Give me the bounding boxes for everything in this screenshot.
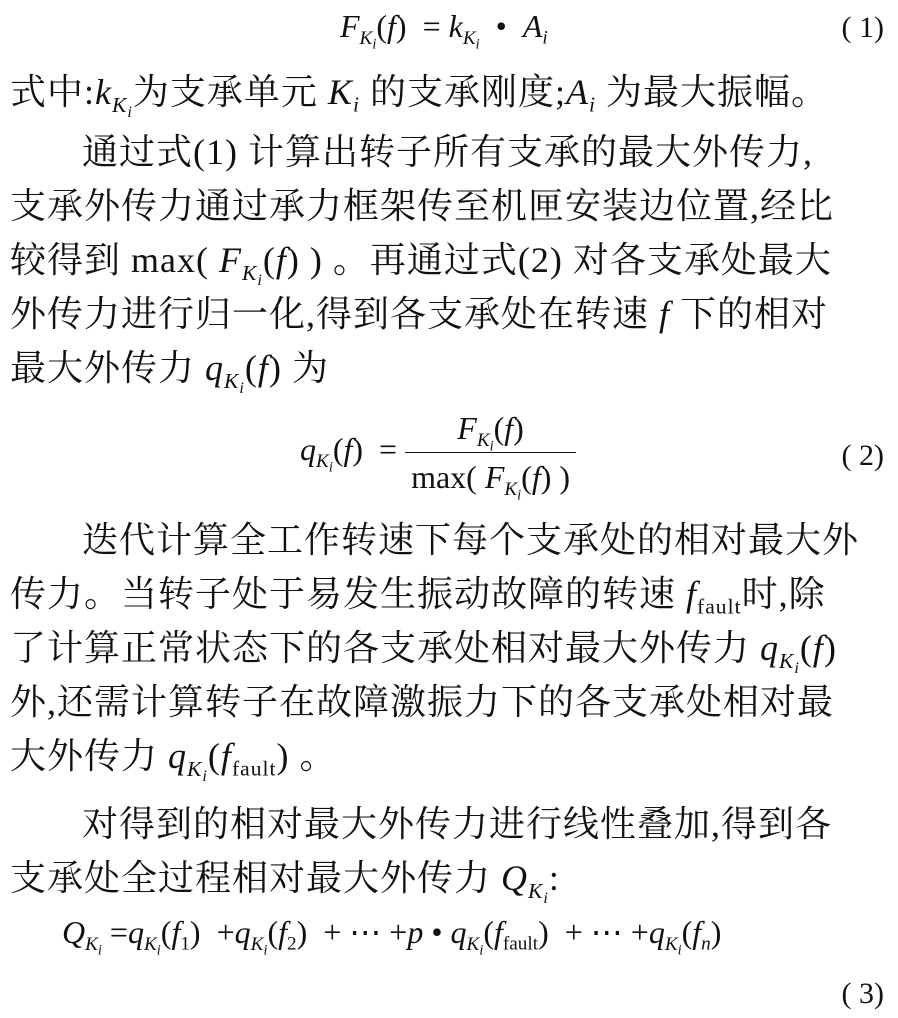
- symbol-f: f: [659, 294, 670, 334]
- plus: +: [631, 914, 649, 950]
- symbol-K: K: [112, 93, 127, 117]
- symbol-f: f: [278, 914, 287, 950]
- symbol-K: K: [251, 934, 264, 955]
- paren: ): [396, 8, 407, 44]
- paren: ): [277, 736, 290, 776]
- symbol-q: q: [205, 348, 224, 388]
- symbol-K: K: [477, 430, 490, 451]
- equation-1: FKi(f) = kKi • Ai: [340, 6, 548, 46]
- symbol-K: K: [85, 934, 98, 955]
- text-span: 的支承刚度;: [370, 72, 566, 112]
- fraction-denominator: max( FKi(f) ): [405, 453, 576, 497]
- text-line-1: 式中:kKi为支承单元 Ki 的支承刚度;Ai 为最大振幅。: [10, 70, 888, 114]
- symbol-i: i: [542, 28, 547, 49]
- text-span: :: [549, 858, 560, 898]
- text-line-3: 支承外传力通过承力框架传至机匣安装边位置,经比: [10, 184, 888, 228]
- max-operator: max: [131, 240, 196, 280]
- symbol-Q: Q: [62, 914, 85, 950]
- text-span: 大外传力: [10, 736, 158, 776]
- fraction: FKi(f) max( FKi(f) ): [405, 408, 576, 497]
- max-operator: max: [411, 459, 466, 495]
- symbol-q: q: [168, 736, 187, 776]
- text-span: 式中:: [10, 72, 95, 112]
- paren: (: [466, 459, 485, 495]
- symbol-q: q: [128, 914, 144, 950]
- symbol-K: K: [316, 451, 329, 472]
- equation-3: QKi =qKi(f1) +qKi(f2) + ⋯ +p • qKi(ffaul…: [62, 912, 721, 952]
- symbol-f: f: [221, 736, 232, 776]
- symbol-K: K: [360, 28, 373, 49]
- paren: ): [513, 410, 524, 446]
- text-line-5: 外传力进行归一化,得到各支承处在转速 f 下的相对: [10, 292, 888, 336]
- paren: ): [300, 240, 323, 280]
- equals: =: [379, 431, 397, 467]
- symbol-q: q: [760, 628, 779, 668]
- plus: +: [389, 914, 407, 950]
- text-span: 。: [300, 736, 337, 776]
- symbol-q: q: [300, 431, 316, 467]
- symbol-f: f: [504, 410, 513, 446]
- text-span: 计算出转子所有支承的最大外传力,: [248, 132, 813, 172]
- symbol-i: i: [353, 93, 360, 117]
- symbol-K: K: [528, 879, 543, 903]
- subscript-fault: fault: [232, 757, 277, 781]
- symbol-q: q: [649, 914, 665, 950]
- paren: ): [190, 914, 201, 950]
- symbol-K: K: [504, 479, 517, 500]
- paren: (: [494, 410, 505, 446]
- ellipsis: ⋯: [591, 914, 623, 950]
- paren: (: [521, 459, 532, 495]
- text-line-4: 较得到 max( FKi(f) ) 。再通过式(2) 对各支承处最大: [10, 238, 888, 282]
- paren: (: [196, 240, 219, 280]
- text-span: 了计算正常状态下的各支承处相对最大外传力: [10, 628, 750, 668]
- paren: ): [541, 459, 552, 495]
- ellipsis: ⋯: [349, 914, 381, 950]
- symbol-K: K: [665, 934, 678, 955]
- symbol-K: K: [467, 934, 480, 955]
- symbol-A: A: [523, 8, 543, 44]
- subscript-1: 1: [180, 934, 190, 955]
- text-span: 时,除: [742, 574, 826, 614]
- text-span: 对各支承处最大: [573, 240, 832, 280]
- text-line-10: 外,还需计算转子在故障激振力下的各支承处相对最: [10, 680, 888, 724]
- symbol-f: f: [686, 574, 697, 614]
- dot-operator: •: [496, 8, 507, 44]
- text-line-8: 传力。当转子处于易发生振动故障的转速 ffault时,除: [10, 572, 888, 616]
- text-span: 为支承单元: [133, 72, 318, 112]
- text-span: 为: [292, 348, 329, 388]
- equals: =: [110, 914, 128, 950]
- symbol-f: f: [258, 348, 269, 388]
- text-span: 最大外传力: [10, 348, 195, 388]
- plus: +: [323, 914, 341, 950]
- symbol-k: k: [95, 72, 112, 112]
- equation-2: qKi(f) = FKi(f) max( FKi(f) ): [300, 408, 576, 497]
- symbol-K: K: [328, 72, 353, 112]
- symbol-f: f: [692, 914, 701, 950]
- equals: =: [423, 8, 441, 44]
- text-span: 外传力进行归一化,得到各支承处在转速: [10, 294, 649, 334]
- text-line-13: 支承处全过程相对最大外传力 QKi:: [10, 856, 888, 900]
- paren: (: [800, 628, 813, 668]
- symbol-Q: Q: [501, 858, 528, 898]
- text-line-12: 对得到的相对最大外传力进行线性叠加,得到各: [82, 802, 888, 846]
- symbol-F: F: [485, 459, 505, 495]
- paren: (: [208, 736, 221, 776]
- symbol-f: f: [171, 914, 180, 950]
- paren: ): [551, 459, 570, 495]
- symbol-p: p: [407, 914, 423, 950]
- subscript-n: n: [701, 934, 711, 955]
- text-span: 传力。当转子处于易发生振动故障的转速: [10, 574, 676, 614]
- subscript-fault: fault: [503, 934, 538, 955]
- text-span: 。再通过式(2): [333, 240, 563, 280]
- paren: ): [269, 348, 282, 388]
- text-span: 下的相对: [680, 294, 828, 334]
- paren: (: [483, 914, 494, 950]
- symbol-f: f: [813, 628, 824, 668]
- subscript-fault: fault: [697, 595, 742, 619]
- symbol-i: i: [589, 93, 596, 117]
- text-span: 通过式(1): [82, 132, 238, 172]
- paren: (: [263, 240, 276, 280]
- symbol-F: F: [340, 8, 360, 44]
- text-line-7: 迭代计算全工作转速下每个支承处的相对最大外: [82, 518, 888, 562]
- paren: (: [333, 431, 344, 467]
- plus: +: [565, 914, 583, 950]
- text-span: 为最大振幅。: [606, 72, 828, 112]
- paren: (: [682, 914, 693, 950]
- symbol-f: f: [494, 914, 503, 950]
- text-line-6: 最大外传力 qKi(f) 为: [10, 346, 888, 390]
- symbol-K: K: [242, 261, 257, 285]
- symbol-K: K: [187, 757, 202, 781]
- symbol-K: K: [779, 649, 794, 673]
- text-line-11: 大外传力 qKi(ffault) 。: [10, 734, 888, 778]
- paren: (: [267, 914, 278, 950]
- symbol-q: q: [451, 914, 467, 950]
- text-span: 较得到: [10, 240, 121, 280]
- text-span: 支承处全过程相对最大外传力: [10, 858, 491, 898]
- text-line-2: 通过式(1) 计算出转子所有支承的最大外传力,: [82, 130, 888, 174]
- paren: ): [711, 914, 722, 950]
- paren: (: [161, 914, 172, 950]
- equation-number-3: ( 3): [842, 974, 884, 1014]
- symbol-i: i: [476, 36, 480, 52]
- symbol-i: i: [98, 942, 102, 958]
- equation-number-2: ( 2): [842, 436, 884, 476]
- fraction-numerator: FKi(f): [405, 408, 576, 453]
- paren: (: [376, 8, 387, 44]
- equation-number-1: ( 1): [842, 8, 884, 48]
- symbol-K: K: [463, 28, 476, 49]
- symbol-q: q: [235, 914, 251, 950]
- plus: +: [217, 914, 235, 950]
- paren: ): [297, 914, 308, 950]
- symbol-F: F: [457, 410, 477, 446]
- symbol-F: F: [219, 240, 242, 280]
- paren: (: [245, 348, 258, 388]
- symbol-K: K: [224, 369, 239, 393]
- symbol-K: K: [144, 934, 157, 955]
- dot-operator: •: [431, 914, 442, 950]
- symbol-f: f: [532, 459, 541, 495]
- paren: ): [824, 628, 837, 668]
- symbol-k: k: [449, 8, 463, 44]
- paren: ): [352, 431, 363, 467]
- symbol-f: f: [276, 240, 287, 280]
- paren: ): [538, 914, 549, 950]
- subscript-2: 2: [287, 934, 297, 955]
- symbol-f: f: [387, 8, 396, 44]
- text-line-9: 了计算正常状态下的各支承处相对最大外传力 qKi(f): [10, 626, 888, 670]
- paren: ): [287, 240, 300, 280]
- symbol-A: A: [566, 72, 589, 112]
